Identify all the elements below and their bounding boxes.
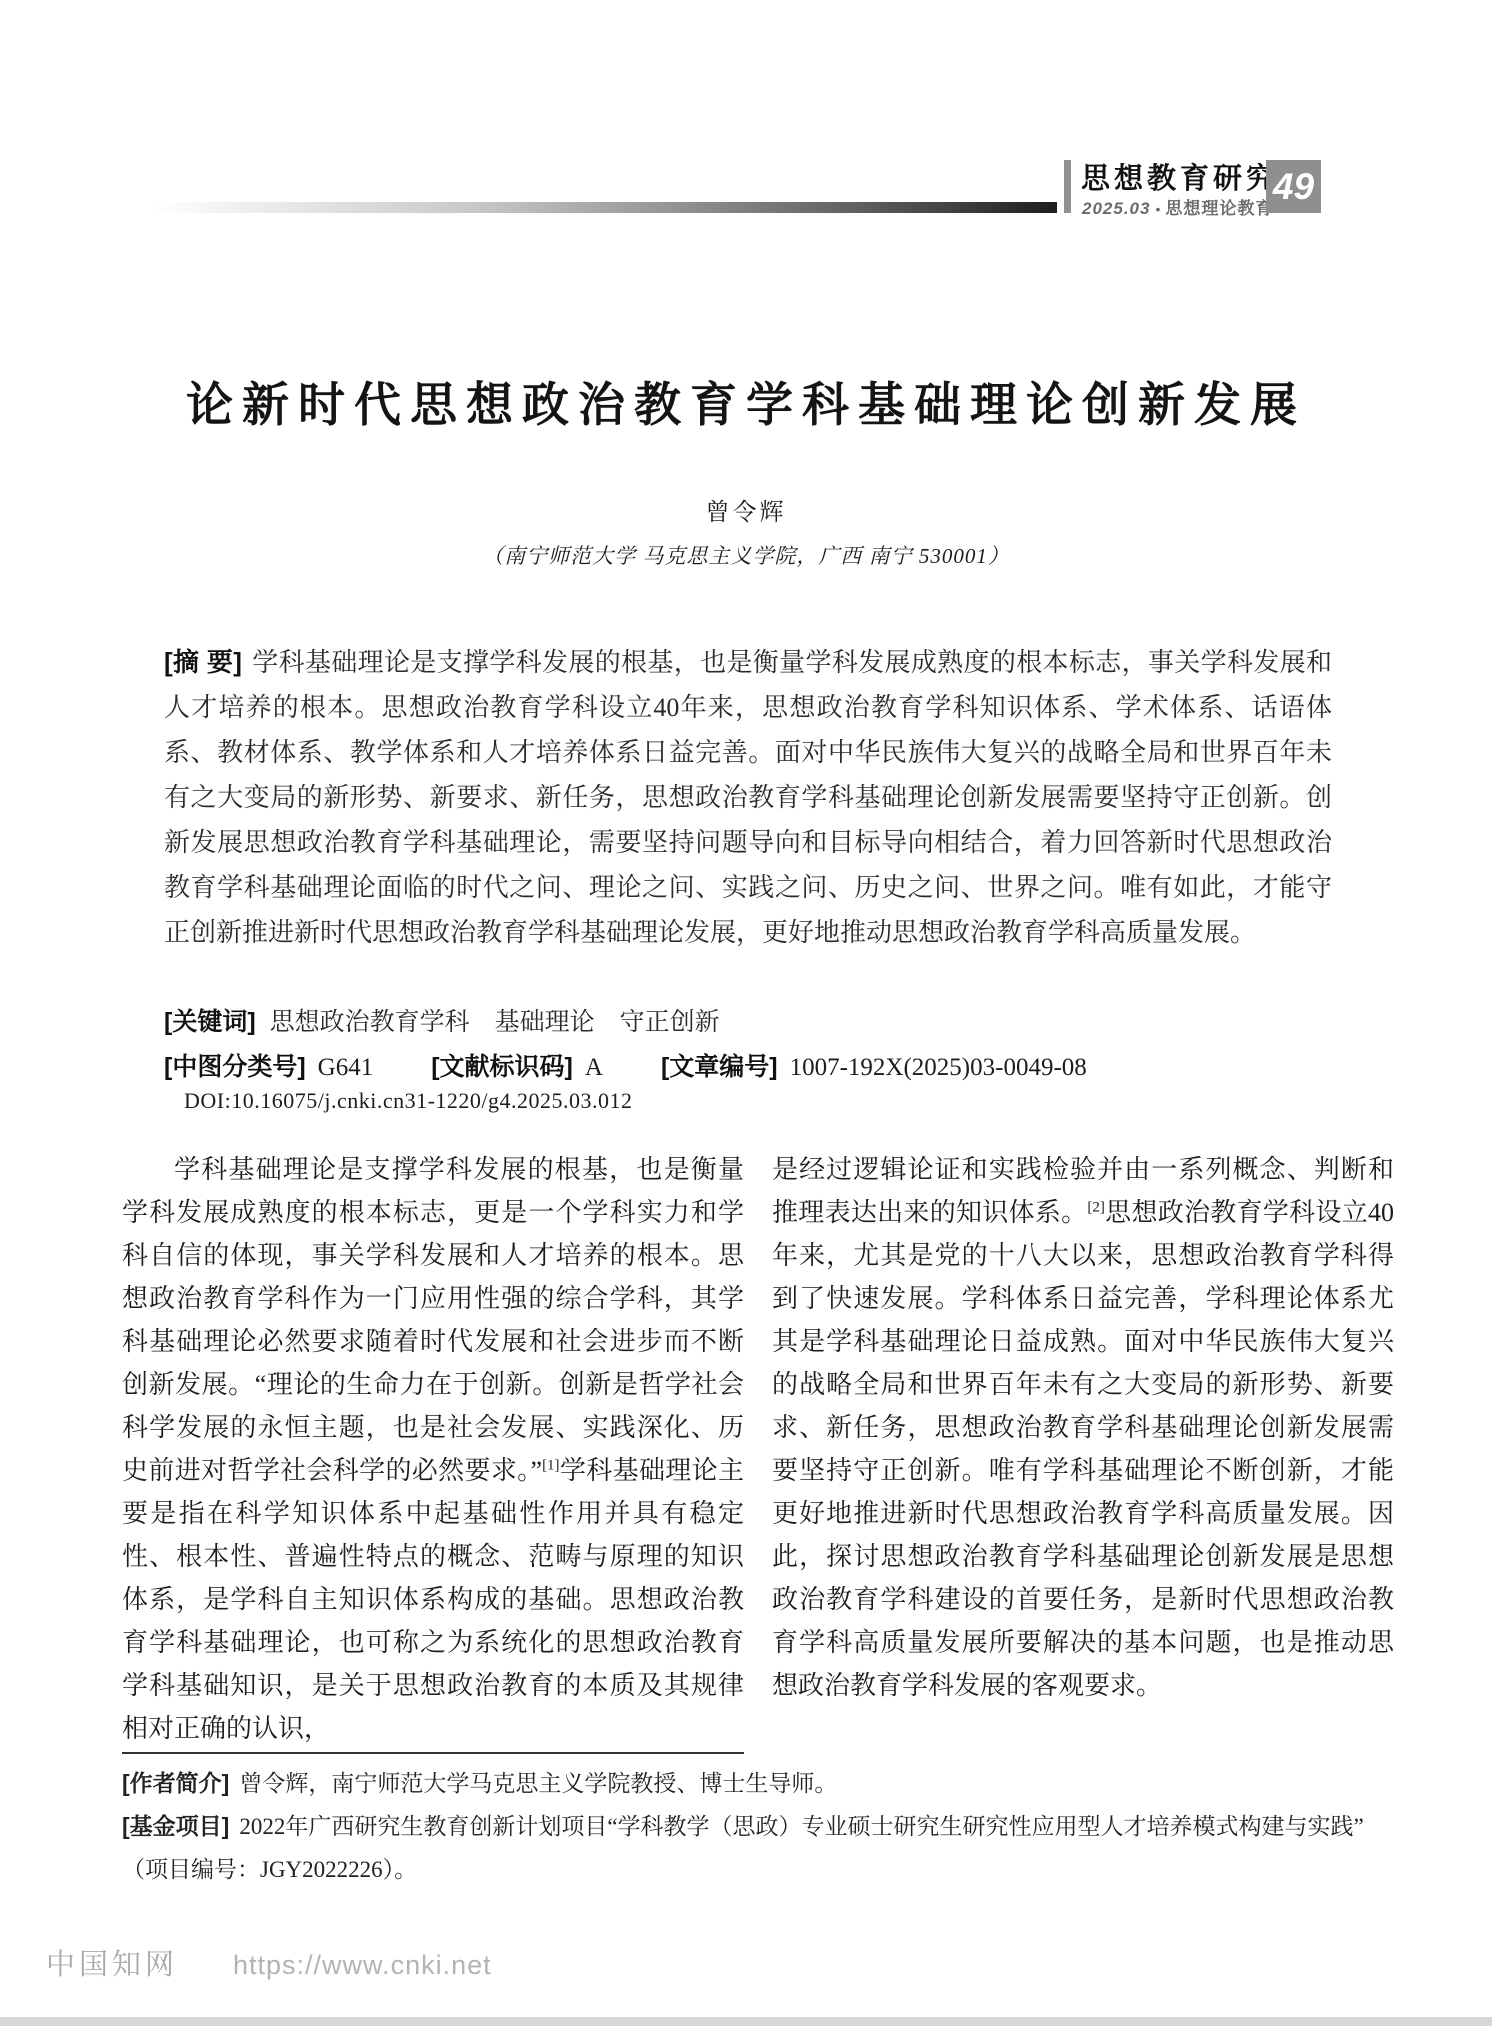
clc-label: [中图分类号] [164, 1053, 306, 1081]
page-number-box: 49 [1266, 160, 1321, 213]
body-left-column: 学科基础理论是支撑学科发展的根基，也是衡量学科发展成熟度的根本标志，更是一个学科… [122, 1148, 744, 1750]
page-number: 49 [1273, 166, 1314, 208]
clc-value: G641 [318, 1054, 374, 1081]
footnotes-block: [作者简介]曾令辉，南宁师范大学马克思主义学院教授、博士生导师。 [基金项目]2… [122, 1762, 1406, 1891]
issue-bullet-icon: • [1155, 201, 1160, 217]
abstract-text: 学科基础理论是支撑学科发展的根基，也是衡量学科发展成熟度的根本标志，事关学科发展… [164, 648, 1332, 947]
keywords-block: [关键词]思想政治教育学科 基础理论 守正创新 [164, 1002, 720, 1038]
body-right-column: 是经过逻辑论证和实践检验并由一系列概念、判断和推理表达出来的知识体系。[2]思想… [772, 1148, 1394, 1707]
article-author: 曾令辉 [0, 492, 1492, 527]
classification-line: [中图分类号]G641[文献标识码]A[文章编号]1007-192X(2025)… [164, 1047, 1087, 1083]
doi-line: DOI:10.16075/j.cnki.cn31-1220/g4.2025.03… [184, 1088, 633, 1114]
fund-label: [基金项目] [122, 1813, 229, 1839]
journal-masthead: 思想教育研究 2025.03•思想理论教育 49 [1064, 156, 1324, 214]
reference-mark-2: [2] [1087, 1199, 1105, 1215]
left-column-text: 学科基础理论是支撑学科发展的根基，也是衡量学科发展成熟度的根本标志，更是一个学科… [122, 1155, 744, 1485]
fund-text: 2022年广西研究生教育创新计划项目“学科教学（思政）专业硕士研究生研究性应用型… [239, 1814, 1363, 1839]
author-bio-label: [作者简介] [122, 1770, 229, 1796]
article-id-value: 1007-192X(2025)03-0049-08 [790, 1054, 1087, 1081]
cnki-logo-text: 中国知网 [46, 1942, 178, 1983]
cnki-url-text: https://www.cnki.net [233, 1950, 492, 1981]
footnote-separator-rule [122, 1752, 744, 1754]
journal-page: 思想教育研究 2025.03•思想理论教育 49 论新时代思想政治教育学科基础理… [0, 0, 1492, 2026]
abstract-label: [摘 要] [164, 647, 242, 677]
issue-number: 2025.03 [1082, 199, 1150, 218]
header-gradient-rule [152, 202, 1057, 213]
right-column-text-continued: 思想政治教育学科设立40年来，尤其是党的十八大以来，思想政治教育学科得到了快速发… [772, 1198, 1394, 1700]
article-title: 论新时代思想政治教育学科基础理论创新发展 [0, 368, 1492, 435]
author-bio-text: 曾令辉，南宁师范大学马克思主义学院教授、博士生导师。 [239, 1771, 837, 1796]
left-column-text-continued: 学科基础理论主要是指在科学知识体系中起基础性作用并具有稳定性、根本性、普遍性特点… [122, 1456, 744, 1743]
journal-name: 思想教育研究 [1081, 156, 1279, 197]
abstract-block: [摘 要]学科基础理论是支撑学科发展的根基，也是衡量学科发展成熟度的根本标志，事… [164, 640, 1332, 955]
article-id-label: [文章编号] [661, 1053, 778, 1081]
issue-section: 思想理论教育 [1165, 199, 1273, 218]
keywords-items: 思想政治教育学科 基础理论 守正创新 [270, 1009, 720, 1036]
doc-code-value: A [585, 1054, 603, 1081]
masthead-vertical-bar [1064, 160, 1071, 213]
page-bottom-edge [0, 2017, 1492, 2026]
fund-footnote-line1: [基金项目]2022年广西研究生教育创新计划项目“学科教学（思政）专业硕士研究生… [122, 1805, 1406, 1848]
reference-mark-1: [1] [542, 1457, 560, 1473]
fund-footnote-line2: （项目编号：JGY2022226）。 [122, 1848, 1406, 1891]
issue-line: 2025.03•思想理论教育 [1082, 194, 1273, 219]
doc-code-label: [文献标识码] [431, 1053, 573, 1081]
author-bio-footnote: [作者简介]曾令辉，南宁师范大学马克思主义学院教授、博士生导师。 [122, 1762, 1406, 1805]
cnki-watermark: 中国知网 https://www.cnki.net [46, 1942, 492, 1983]
article-affiliation: （南宁师范大学 马克思主义学院，广西 南宁 530001） [0, 540, 1492, 570]
fund-project-number: （项目编号：JGY2022226）。 [122, 1857, 417, 1882]
keywords-label: [关键词] [164, 1008, 256, 1036]
